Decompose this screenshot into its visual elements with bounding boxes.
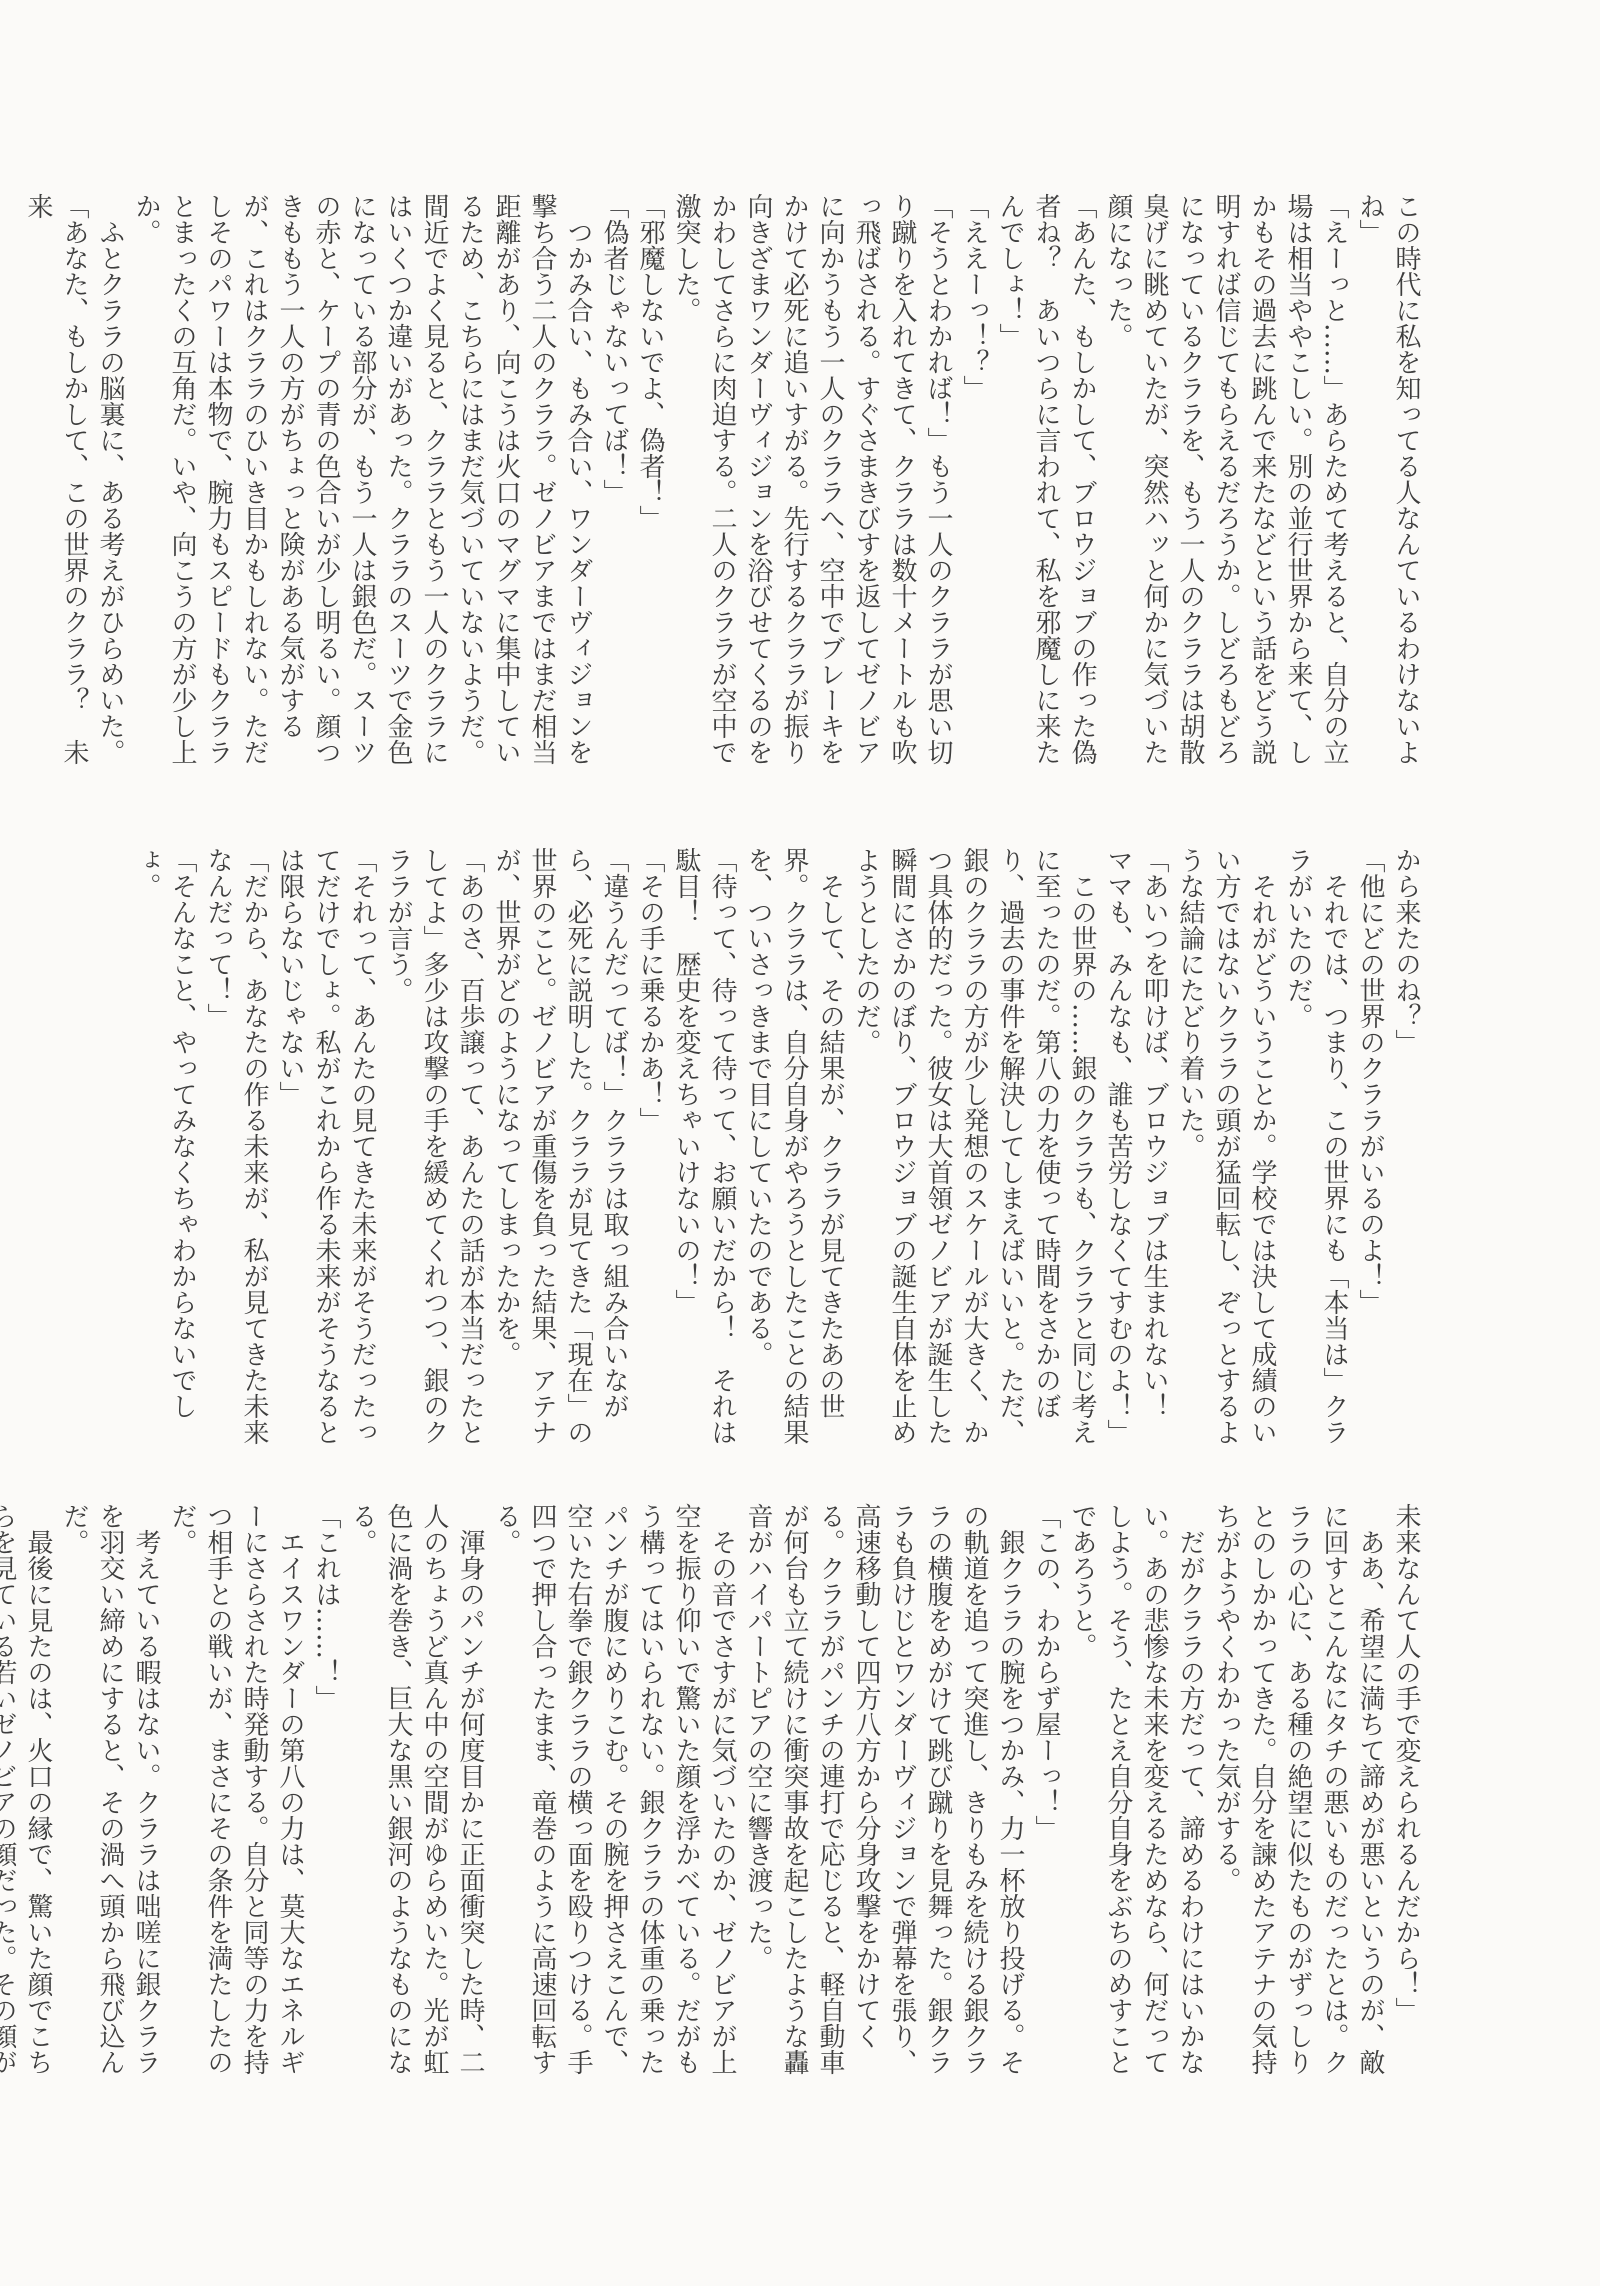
scanned-novel-page: この時代に私を知ってる人なんているわけないよね」 「えーっと……」あらためて考え… <box>0 0 1600 2286</box>
band-top-text: この時代に私を知ってる人なんているわけないよね」 「えーっと……」あらためて考え… <box>168 193 1424 771</box>
band-bottom-text: 未来なんて人の手で変えられるんだから！」 ああ、希望に満ちて諦めが悪いというのが… <box>168 1503 1424 2093</box>
text-band-bottom: 未来なんて人の手で変えられるんだから！」 ああ、希望に満ちて諦めが悪いというのが… <box>168 1503 1424 2093</box>
text-band-top: この時代に私を知ってる人なんているわけないよね」 「えーっと……」あらためて考え… <box>168 193 1424 771</box>
text-band-middle: から来たのね？」 「他にどの世界のクララがいるのよ！」 それでは、つまり、この世… <box>168 847 1424 1469</box>
band-middle-text: から来たのね？」 「他にどの世界のクララがいるのよ！」 それでは、つまり、この世… <box>168 847 1424 1469</box>
